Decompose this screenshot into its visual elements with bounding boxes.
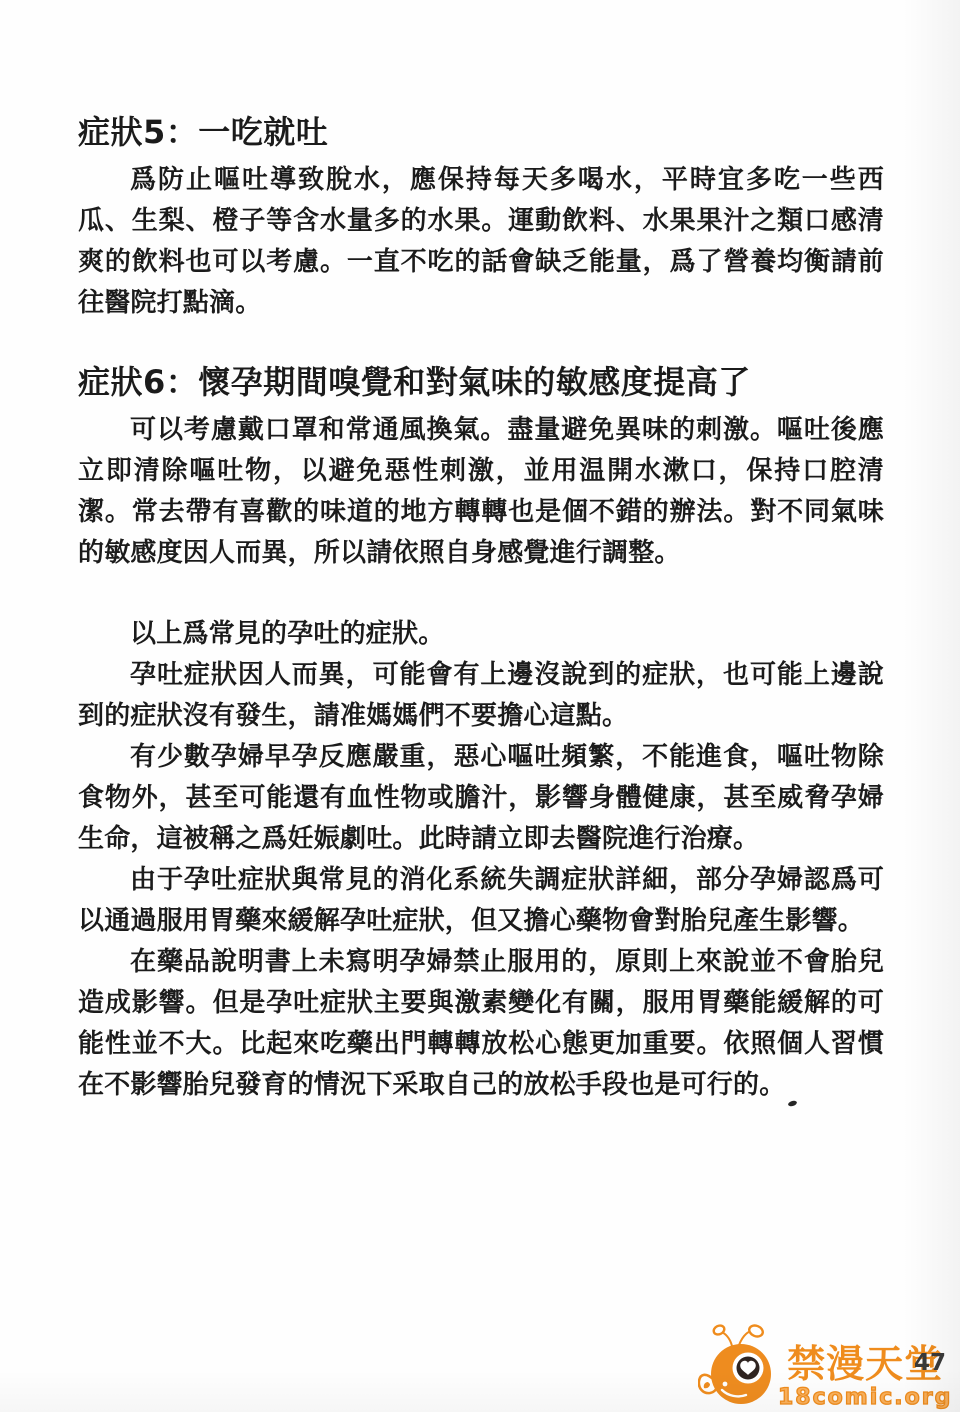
section-paragraph: 爲防止嘔吐導致脫水，應保持每天多喝水，平時宜多吃一些西瓜、生梨、橙子等含水量多的… — [78, 160, 884, 324]
closing-paragraph: 在藥品說明書上未寫明孕婦禁止服用的，原則上來說並不會胎兒造成影響。但是孕吐症狀主… — [78, 942, 884, 1106]
section-heading: 症狀6：懷孕期間嗅覺和對氣味的敏感度提高了 — [78, 360, 884, 404]
scanned-page: 症狀5：一吃就吐 爲防止嘔吐導致脫水，應保持每天多喝水，平時宜多吃一些西瓜、生梨… — [0, 0, 960, 1412]
site-url: 18comic.org — [778, 1386, 952, 1410]
closing-paragraph: 有少數孕婦早孕反應嚴重，惡心嘔吐頻繁，不能進食，嘔吐物除食物外，甚至可能還有血性… — [78, 737, 884, 860]
closing-section: 以上爲常見的孕吐的症狀。 孕吐症狀因人而異，可能會有上邊沒說到的症狀，也可能上邊… — [78, 614, 884, 1106]
section-heading: 症狀5：一吃就吐 — [78, 110, 884, 154]
closing-paragraph: 以上爲常見的孕吐的症狀。 — [78, 614, 884, 655]
section-paragraph: 可以考慮戴口罩和常通風換氣。盡量避免異味的刺激。嘔吐後應立即清除嘔吐物，以避免惡… — [78, 410, 884, 574]
section-symptom-6: 症狀6：懷孕期間嗅覺和對氣味的敏感度提高了 可以考慮戴口罩和常通風換氣。盡量避免… — [78, 360, 884, 574]
section-symptom-5: 症狀5：一吃就吐 爲防止嘔吐導致脫水，應保持每天多喝水，平時宜多吃一些西瓜、生梨… — [78, 110, 884, 324]
page-number: 47 — [914, 1350, 946, 1376]
whale-mascot-icon — [698, 1322, 776, 1410]
closing-paragraph: 由于孕吐症狀與常見的消化系統失調症狀詳細，部分孕婦認爲可以通過服用胃藥來緩解孕吐… — [78, 860, 884, 942]
article-content: 症狀5：一吃就吐 爲防止嘔吐導致脫水，應保持每天多喝水，平時宜多吃一些西瓜、生梨… — [78, 110, 884, 1106]
closing-paragraph: 孕吐症狀因人而異，可能會有上邊沒說到的症狀，也可能上邊說到的症狀沒有發生，請准媽… — [78, 655, 884, 737]
